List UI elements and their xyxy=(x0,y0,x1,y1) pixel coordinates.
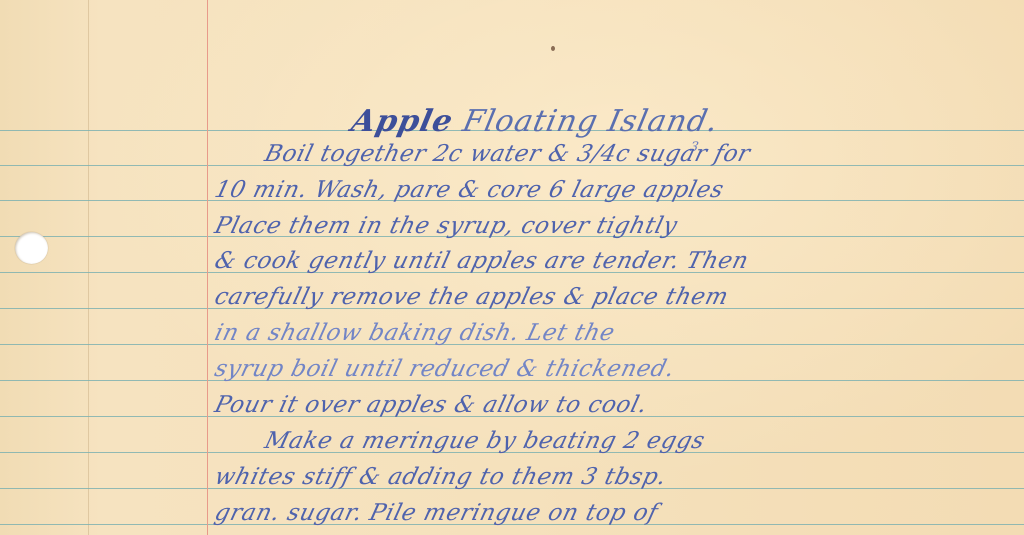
fold-line xyxy=(88,0,89,535)
recipe-line: Place them in the syrup, cover tightly xyxy=(212,213,680,239)
paper-speck xyxy=(551,46,555,51)
recipe-line: & cook gently until apples are tender. T… xyxy=(212,248,751,274)
punch-hole xyxy=(15,232,48,264)
recipe-line: whites stiff & adding to them 3 tbsp. xyxy=(212,464,669,490)
recipe-line: Make a meringue by beating 2 eggs xyxy=(262,428,708,454)
recipe-title-first-word: Apple xyxy=(348,104,456,139)
recipe-line: 10 min. Wash, pare & core 6 large apples xyxy=(212,177,727,203)
recipe-line: in a shallow baking dish. Let the xyxy=(212,320,618,346)
recipe-line: syrup boil until reduced & thickened. xyxy=(212,356,678,382)
recipe-title-rest: Floating Island. xyxy=(460,104,722,139)
recipe-line: Boil together 2c water & 3/4c sugar for xyxy=(262,141,753,167)
recipe-title: Apple Floating Island. xyxy=(348,104,722,139)
recipe-line: carefully remove the apples & place them xyxy=(212,284,731,310)
recipe-line: Pour it over apples & allow to cool. xyxy=(212,392,650,418)
recipe-line: gran. sugar. Pile meringue on top of xyxy=(212,500,661,526)
margin-line xyxy=(207,0,208,535)
notebook-page: Apple Floating Island. 3 Boil together 2… xyxy=(0,0,1024,535)
